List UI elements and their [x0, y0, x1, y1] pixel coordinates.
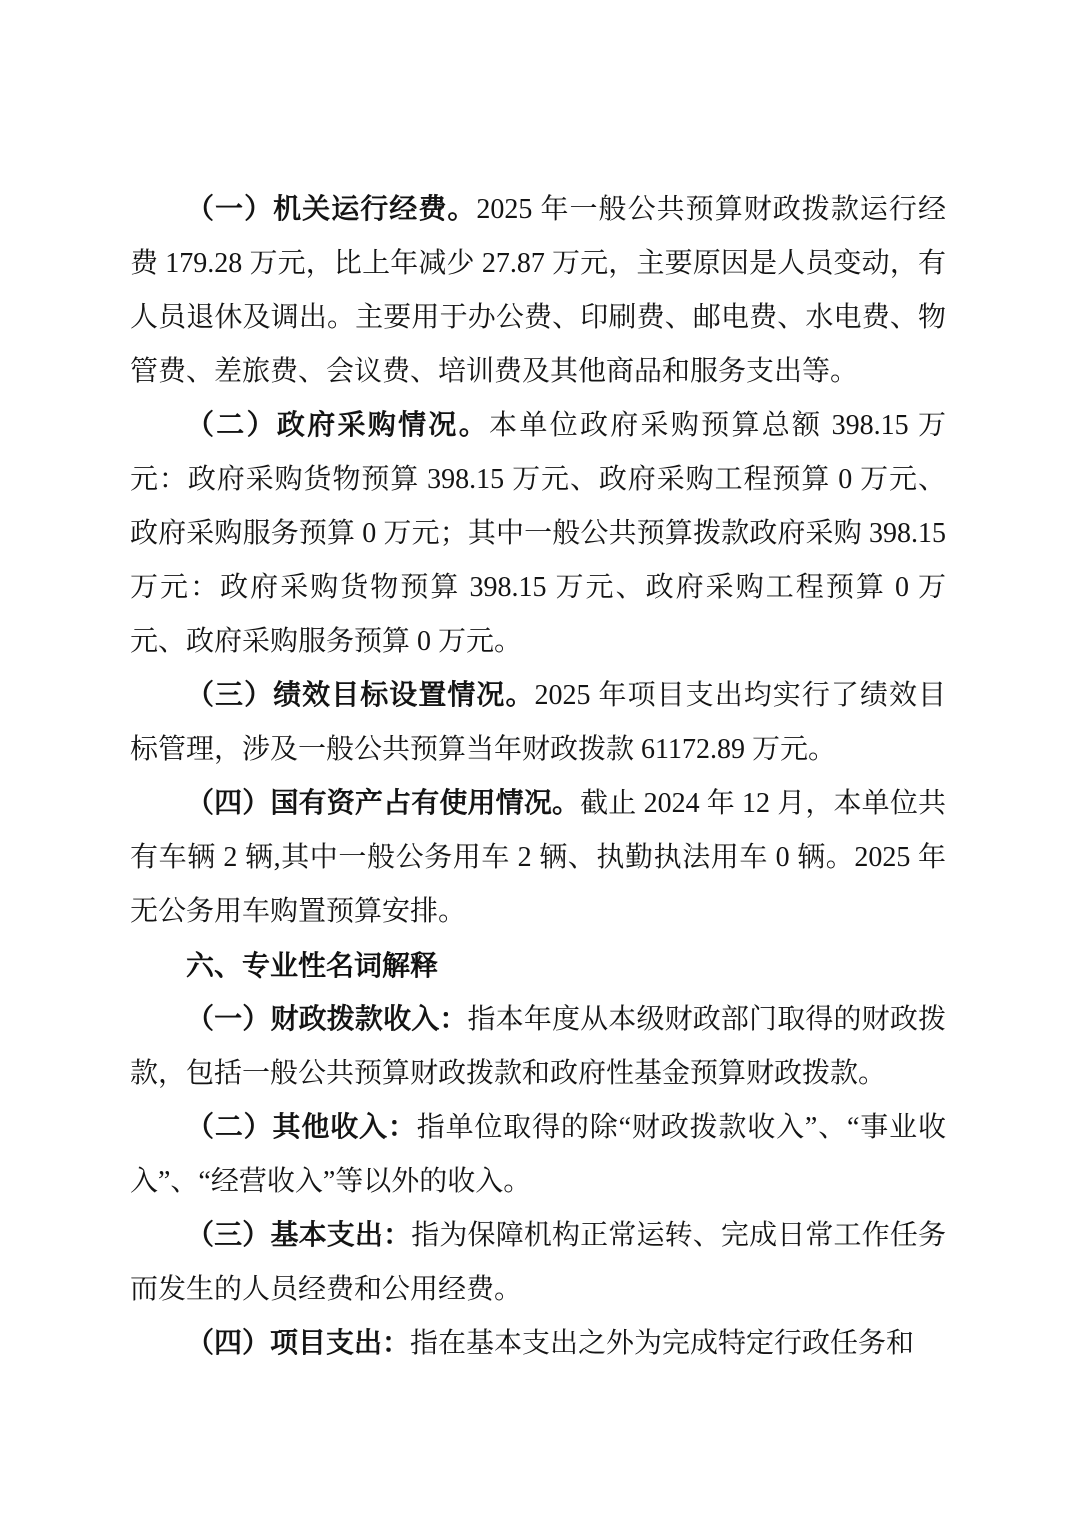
- definition-fiscal-appropriation-income: （一）财政拨款收入：指本年度从本级财政部门取得的财政拨款，包括一般公共预算财政拨…: [130, 993, 946, 1101]
- definition-basic-expenditure: （三）基本支出：指为保障机构正常运转、完成日常工作任务而发生的人员经费和公用经费…: [130, 1209, 946, 1317]
- paragraph-agency-operating-expenses: （一）机关运行经费。2025 年一般公共预算财政拨款运行经费 179.28 万元…: [130, 183, 946, 399]
- paragraph-state-assets: （四）国有资产占有使用情况。截止 2024 年 12 月，本单位共有车辆 2 辆…: [130, 777, 946, 939]
- definition-lead: （二）其他收入：: [186, 1112, 417, 1143]
- definition-text: 指在基本支出之外为完成特定行政任务和: [410, 1328, 914, 1359]
- paragraph-lead: （四）国有资产占有使用情况。: [186, 788, 580, 819]
- document-page: （一）机关运行经费。2025 年一般公共预算财政拨款运行经费 179.28 万元…: [0, 0, 1074, 1520]
- paragraph-performance-targets: （三）绩效目标设置情况。2025 年项目支出均实行了绩效目标管理，涉及一般公共预…: [130, 669, 946, 777]
- definition-lead: （三）基本支出：: [186, 1220, 411, 1251]
- paragraph-lead: （二）政府采购情况。: [186, 410, 489, 441]
- paragraph-lead: （三）绩效目标设置情况。: [186, 680, 535, 711]
- definition-lead: （一）财政拨款收入：: [186, 1004, 468, 1035]
- section-heading-terminology: 六、专业性名词解释: [130, 939, 946, 993]
- paragraph-lead: （一）机关运行经费。: [186, 194, 476, 225]
- definition-lead: （四）项目支出：: [186, 1328, 410, 1359]
- definition-other-income: （二）其他收入：指单位取得的除“财政拨款收入”、“事业收入”、“经营收入”等以外…: [130, 1101, 946, 1209]
- document-body: （一）机关运行经费。2025 年一般公共预算财政拨款运行经费 179.28 万元…: [130, 183, 946, 1371]
- definition-project-expenditure: （四）项目支出：指在基本支出之外为完成特定行政任务和: [130, 1317, 946, 1371]
- paragraph-text: 本单位政府采购预算总额 398.15 万元：政府采购货物预算 398.15 万元…: [130, 410, 946, 657]
- paragraph-government-procurement: （二）政府采购情况。本单位政府采购预算总额 398.15 万元：政府采购货物预算…: [130, 399, 946, 669]
